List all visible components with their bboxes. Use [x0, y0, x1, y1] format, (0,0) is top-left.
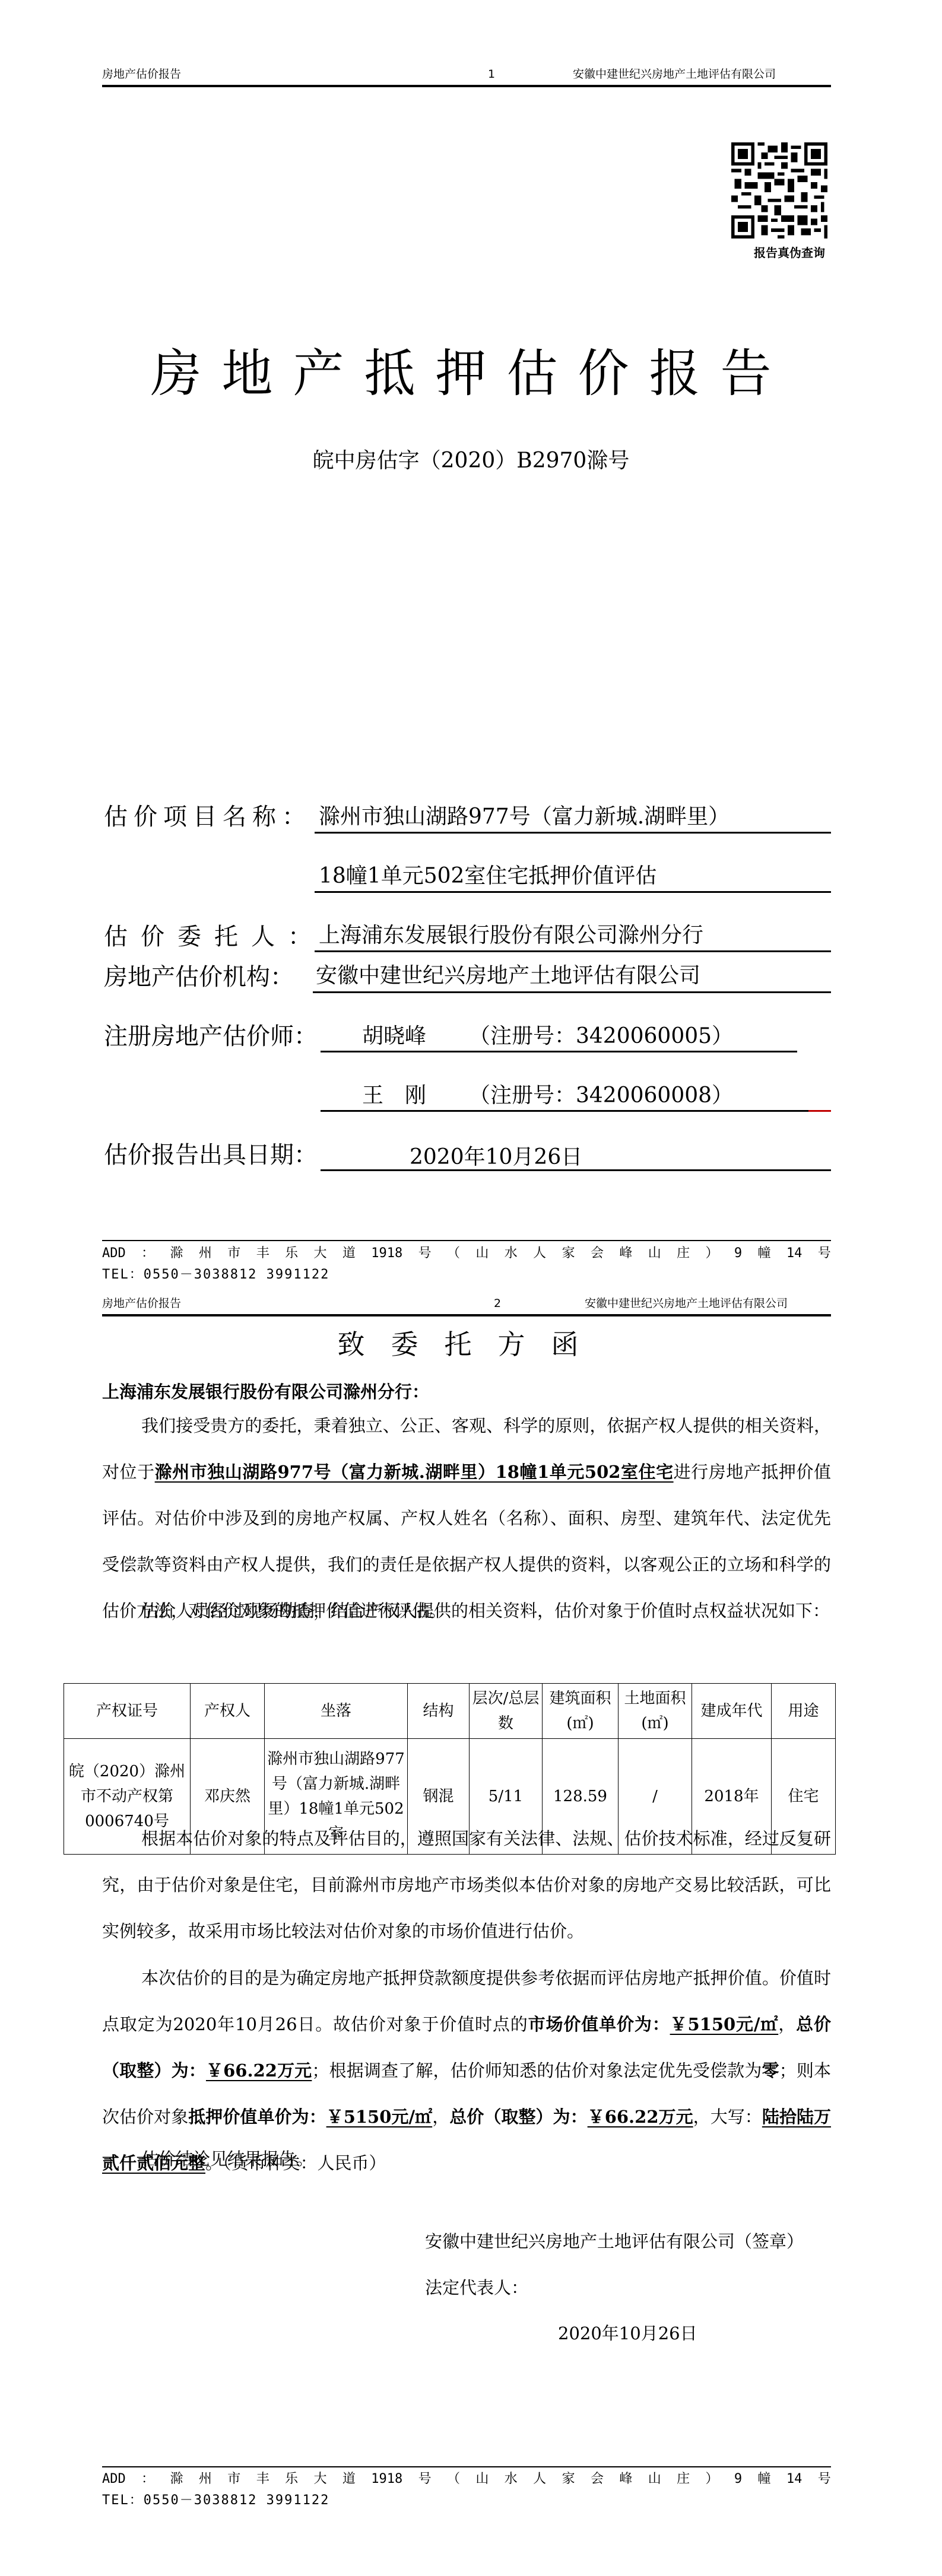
project-name-line2: 18幢1单元502室住宅抵押价值评估	[319, 863, 656, 890]
address-part: 山	[475, 2472, 489, 2487]
col-header: 建成年代	[692, 1684, 772, 1739]
col-header: 土地面积(㎡)	[619, 1684, 692, 1739]
report-title: 房地产抵押估价报告	[0, 344, 942, 403]
footer-telephone: TEL：0550－3038812 3991122	[102, 1267, 329, 1283]
punctuation: ，	[778, 2014, 796, 2034]
header-rule	[102, 85, 831, 87]
address-part: 14	[786, 2472, 803, 2487]
mortgage-total-price: ￥66.22万元	[588, 2107, 693, 2127]
address-part: （	[447, 1246, 460, 1261]
address-part: 山	[648, 2472, 661, 2487]
address-part: 滁	[170, 1246, 183, 1261]
conclusion-text: 估价结论见结果报告。	[141, 2149, 313, 2169]
agency-value: 安徽中建世纪兴房地产土地评估有限公司	[316, 962, 700, 990]
address-part: 大	[313, 1246, 326, 1261]
address-part: 号	[418, 2472, 432, 2487]
address-part: 州	[199, 1246, 212, 1261]
col-header: 层次/总层数	[470, 1684, 543, 1739]
address-part: 号	[818, 2472, 831, 2487]
col-header: 产权人	[191, 1684, 265, 1739]
property-address-underlined: 滁州市独山湖路977号（富力新城.湖畔里）18幢1单元502室住宅	[155, 1462, 674, 1482]
project-name-label: 估价项目名称：	[104, 802, 312, 832]
address-part: 峰	[619, 1246, 632, 1261]
address-part: 会	[591, 2472, 604, 2487]
running-header-company: 安徽中建世纪兴房地产土地评估有限公司	[573, 68, 776, 81]
running-header-company: 安徽中建世纪兴房地产土地评估有限公司	[585, 1297, 788, 1310]
address-part: 州	[199, 2472, 212, 2487]
page-number: 1	[488, 68, 495, 81]
market-unit-price-label: 市场价值单价为：	[528, 2014, 670, 2034]
col-header: 坐落	[265, 1684, 408, 1739]
project-name-line1: 滁州市独山湖路977号（富力新城.湖畔里）	[319, 803, 730, 831]
address-part: 乐	[285, 2472, 298, 2487]
address-part: 1918	[371, 2472, 402, 2487]
paragraph-conclusion: 估价结论见结果报告。	[102, 2136, 831, 2182]
valuation-text-2: ；根据调查了解，估价师知悉的估价对象法定优先受偿款为	[312, 2060, 762, 2081]
red-mark	[808, 1110, 831, 1112]
address-part: ADD	[102, 1246, 126, 1261]
address-part: ：	[141, 1246, 154, 1261]
valuation-text-4: ，大写：	[693, 2107, 762, 2127]
address-part: 14	[786, 1246, 803, 1261]
address-part: 山	[648, 1246, 661, 1261]
running-header-title: 房地产估价报告	[102, 68, 181, 81]
address-part: ）	[706, 2472, 719, 2487]
agency-label: 房地产估价机构：	[104, 962, 294, 992]
address-part: 家	[562, 2472, 575, 2487]
qr-code-icon[interactable]	[731, 142, 827, 238]
address-part: 峰	[619, 2472, 632, 2487]
col-header: 建筑面积(㎡)	[543, 1684, 619, 1739]
letter-title: 致委托方函	[0, 1328, 942, 1361]
address-part: 幢	[758, 1246, 771, 1261]
address-part: 道	[342, 1246, 356, 1261]
address-part: 家	[562, 1246, 575, 1261]
appraiser-1-underline	[321, 1051, 797, 1052]
address-part: ）	[706, 1246, 719, 1261]
legal-representative-label: 法定代表人：	[425, 2277, 528, 2298]
address-part: 丰	[256, 1246, 269, 1261]
priority-claim-value: 零	[762, 2060, 779, 2081]
appraiser-2-underline	[321, 1110, 808, 1112]
address-part: 滁	[170, 2472, 183, 2487]
address-part: 乐	[285, 1246, 298, 1261]
qr-verify-label: 报告真伪查询	[754, 243, 825, 260]
issue-date-underline	[321, 1169, 831, 1171]
address-part: 人	[533, 2472, 546, 2487]
page-number: 2	[494, 1297, 501, 1310]
address-part: 号	[418, 1246, 432, 1261]
punctuation: ，	[432, 2107, 449, 2127]
address-part: 庄	[677, 2472, 690, 2487]
footer-address: ADD：滁州市丰乐大道1918号（山水人家会峰山庄）9幢14号	[102, 1246, 831, 1261]
address-part: 水	[505, 2472, 518, 2487]
appraiser-2-reg: （注册号：3420060008）	[469, 1082, 733, 1109]
col-header: 结构	[408, 1684, 470, 1739]
footer-rule	[102, 1240, 831, 1241]
method-text: 根据本估价对象的特点及评估目的，遵照国家有关法律、法规、估价技术标准，经过反复研…	[102, 1828, 831, 1941]
col-header: 用途	[772, 1684, 836, 1739]
address-part: 市	[227, 2472, 240, 2487]
running-header-title: 房地产估价报告	[102, 1297, 181, 1310]
address-part: 山	[475, 1246, 489, 1261]
address-part: 市	[227, 1246, 240, 1261]
footer-telephone: TEL：0550－3038812 3991122	[102, 2493, 329, 2508]
address-part: 1918	[371, 1246, 402, 1261]
mortgage-unit-price-label: 抵押价值单价为：	[188, 2107, 326, 2127]
address-part: 庄	[677, 1246, 690, 1261]
address-part: ADD	[102, 2472, 126, 2487]
address-part: 号	[818, 1246, 831, 1261]
col-header: 产权证号	[64, 1684, 191, 1739]
appraiser-label: 注册房地产估价师：	[104, 1022, 318, 1051]
paragraph-survey: 估价人员经过现场勘查，结合产权人提供的相关资料，估价对象于价值时点权益状况如下：	[102, 1588, 831, 1634]
address-part: 道	[342, 2472, 356, 2487]
footer-rule	[102, 2466, 831, 2467]
market-unit-price: ￥5150元/㎡	[670, 2014, 779, 2034]
mortgage-total-label: 总价（取整）为：	[449, 2107, 587, 2127]
address-part: 9	[734, 2472, 742, 2487]
header-rule	[102, 1314, 831, 1316]
survey-text: 估价人员经过现场勘查，结合产权人提供的相关资料，估价对象于价值时点权益状况如下：	[141, 1601, 830, 1621]
agency-underline	[313, 991, 831, 993]
table-header-row: 产权证号 产权人 坐落 结构 层次/总层数 建筑面积(㎡) 土地面积(㎡) 建成…	[64, 1684, 836, 1739]
issue-date-label: 估价报告出具日期：	[104, 1140, 318, 1170]
footer-address: ADD：滁州市丰乐大道1918号（山水人家会峰山庄）9幢14号	[102, 2472, 831, 2487]
address-part: ：	[141, 2472, 154, 2487]
address-part: 人	[533, 1246, 546, 1261]
appraiser-1-name: 胡晓峰	[362, 1023, 426, 1050]
paragraph-method: 根据本估价对象的特点及评估目的，遵照国家有关法律、法规、估价技术标准，经过反复研…	[102, 1815, 831, 1954]
appraiser-2-name: 王 刚	[362, 1082, 426, 1109]
address-part: 9	[734, 1246, 742, 1261]
signature-company: 安徽中建世纪兴房地产土地评估有限公司（签章）	[425, 2231, 804, 2252]
appraiser-1-reg: （注册号：3420060005）	[469, 1023, 733, 1050]
client-underline	[315, 950, 831, 952]
client-value: 上海浦东发展银行股份有限公司滁州分行	[319, 922, 703, 949]
address-part: 会	[591, 1246, 604, 1261]
client-label: 估价委托人：	[104, 922, 325, 952]
mortgage-unit-price: ￥5150元/㎡	[326, 2107, 433, 2127]
project-name-underline-2	[315, 891, 831, 893]
address-part: （	[447, 2472, 460, 2487]
address-part: 丰	[256, 2472, 269, 2487]
address-part: 大	[313, 2472, 326, 2487]
signature-date: 2020年10月26日	[558, 2323, 697, 2344]
market-total-price: ￥66.22万元	[206, 2060, 312, 2081]
address-part: 幢	[758, 2472, 771, 2487]
document-number: 皖中房估字（2020）B2970滁号	[0, 448, 942, 474]
project-name-underline	[315, 832, 831, 834]
address-part: 水	[505, 1246, 518, 1261]
issue-date-value: 2020年10月26日	[410, 1144, 582, 1171]
salutation: 上海浦东发展银行股份有限公司滁州分行：	[102, 1381, 429, 1403]
